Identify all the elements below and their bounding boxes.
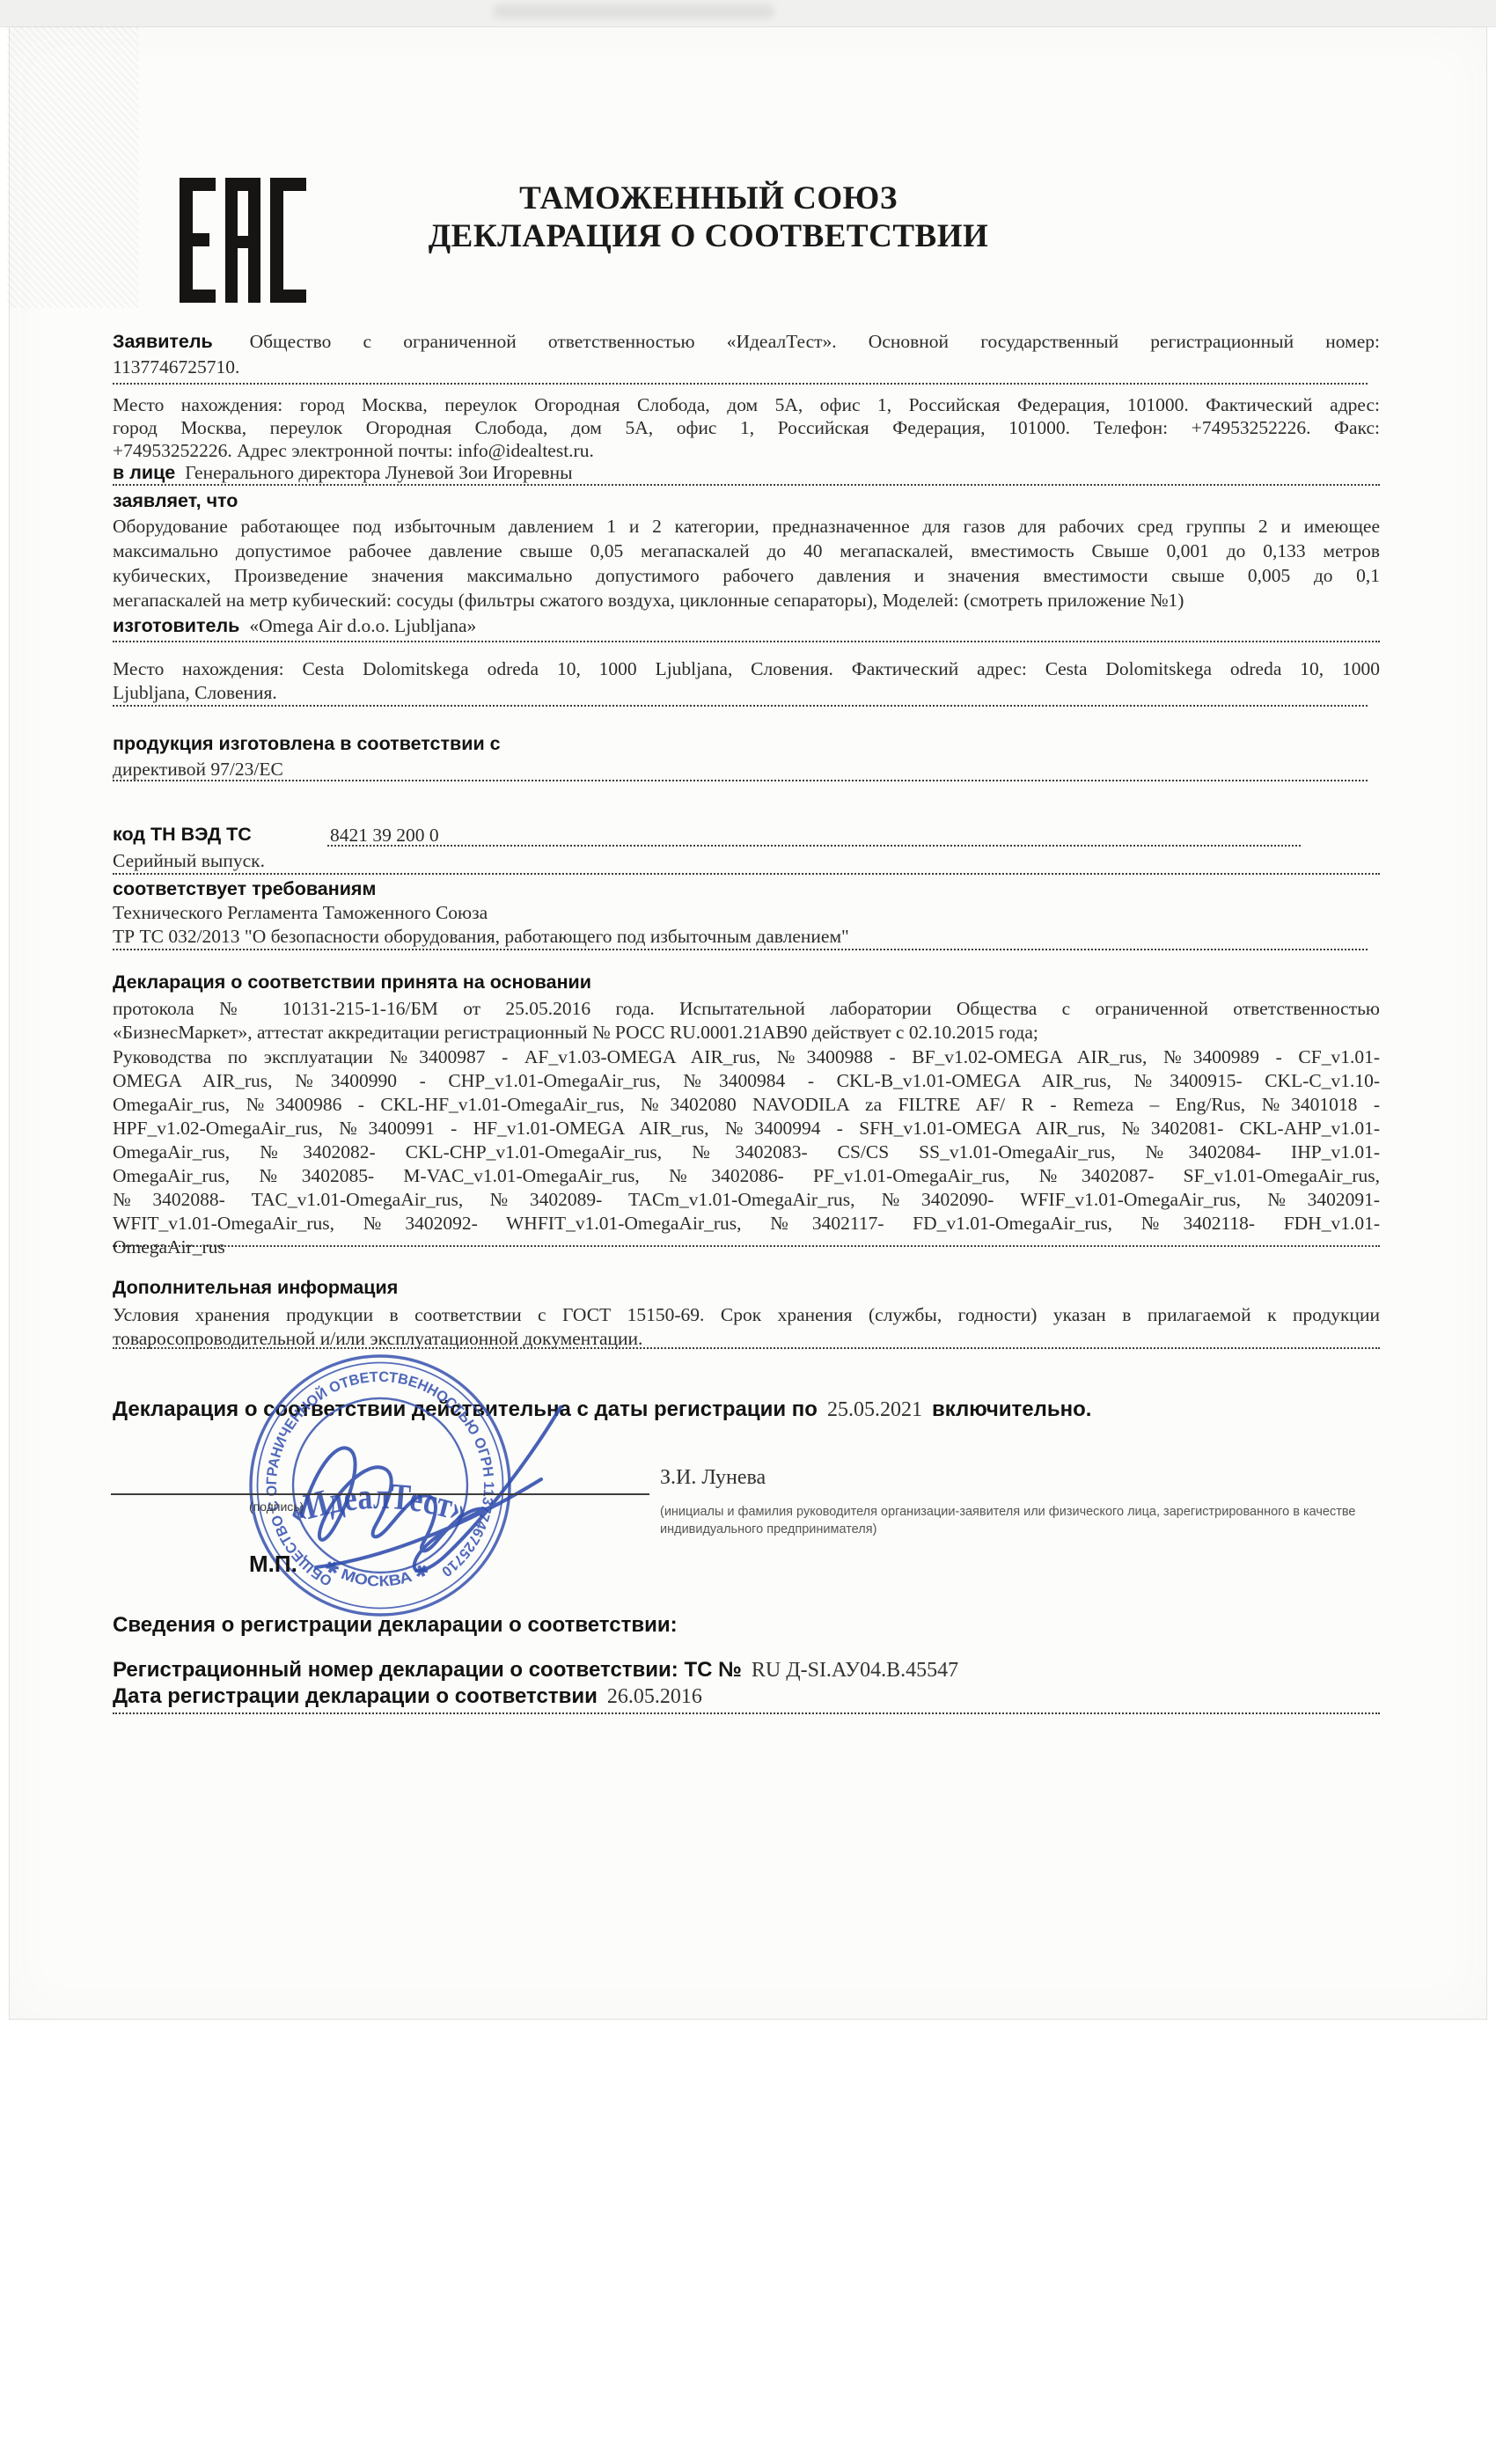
protocol-lines: протокола № 10131-215-1-16/БМ от 25.05.2… bbox=[113, 997, 1380, 1045]
dotted-rule bbox=[113, 873, 1380, 875]
tn-ved-line: код ТН ВЭД ТС 8421 39 200 0 bbox=[113, 824, 1380, 846]
registration-header: Сведения о регистрации декларации о соот… bbox=[113, 1613, 678, 1638]
document-title: ТАМОЖЕННЫЙ СОЮЗ ДЕКЛАРАЦИЯ О СООТВЕТСТВИ… bbox=[352, 180, 1065, 255]
text-line: Оборудование работающее под избыточным д… bbox=[113, 514, 1380, 539]
applicant-label: Заявитель bbox=[113, 331, 213, 352]
text-line: Технического Регламента Таможенного Союз… bbox=[113, 901, 1380, 925]
additional-info-lines: Условия хранения продукции в соответстви… bbox=[113, 1303, 1380, 1351]
text-line: OmegaAir_rus, №3402085- M-VAC_v1.01-Omeg… bbox=[113, 1164, 1380, 1188]
title-line-1: ТАМОЖЕННЫЙ СОЮЗ bbox=[352, 180, 1065, 217]
text-line: +74953252226. Адрес электронной почты: i… bbox=[113, 439, 1380, 462]
text-line: OmegaAir_rus bbox=[113, 1236, 1380, 1259]
mp-mark: М.П. bbox=[249, 1551, 297, 1578]
registration-date-label: Дата регистрации декларации о соответств… bbox=[113, 1684, 598, 1708]
signature-line bbox=[111, 1493, 649, 1495]
text-line: мегапаскалей на метр кубический: сосуды … bbox=[113, 588, 1380, 612]
registration-date-line: Дата регистрации декларации о соответств… bbox=[113, 1684, 702, 1709]
manufacturer-value: «Omega Air d.o.o. Ljubljana» bbox=[249, 615, 476, 636]
text-line: OmegaAir_rus, №3400986 - CKL-HF_v1.01-Om… bbox=[113, 1093, 1380, 1117]
registration-number-line: Регистрационный номер декларации о соотв… bbox=[113, 1658, 958, 1683]
manufacturer-label: изготовитель bbox=[113, 615, 239, 636]
dotted-rule bbox=[113, 383, 1368, 385]
manufacturer-address: Место нахождения: Cesta Dolomitskega odr… bbox=[113, 657, 1380, 705]
dotted-rule bbox=[113, 949, 1368, 950]
text-line: Место нахождения: город Москва, переулок… bbox=[113, 393, 1380, 416]
scan-noise bbox=[7, 26, 139, 308]
dotted-rule bbox=[113, 1347, 1380, 1349]
in-person-label: в лице bbox=[113, 462, 175, 483]
manuals-list: Руководства по эксплуатации №3400987 - A… bbox=[113, 1045, 1380, 1259]
text-line: Условия хранения продукции в соответстви… bbox=[113, 1303, 1380, 1327]
applicant-name: Общество с ограниченной ответственностью… bbox=[250, 331, 1380, 352]
text-line: Место нахождения: Cesta Dolomitskega odr… bbox=[113, 657, 1380, 681]
dotted-rule bbox=[113, 484, 1380, 486]
text-line: HPF_v1.02-OmegaAir_rus, №3400991 - HF_v1… bbox=[113, 1117, 1380, 1140]
signature-caption: (подпись) bbox=[249, 1500, 304, 1514]
validity-suffix: включительно. bbox=[932, 1397, 1092, 1421]
dotted-rule bbox=[113, 705, 1368, 707]
additional-info-label: Дополнительная информация bbox=[113, 1277, 398, 1299]
validity-date: 25.05.2021 bbox=[827, 1398, 922, 1421]
basis-label: Декларация о соответствии принята на осн… bbox=[113, 972, 591, 994]
head-caption: (инициалы и фамилия руководителя организ… bbox=[660, 1503, 1390, 1538]
text-line: город Москва, переулок Огородная Слобода… bbox=[113, 416, 1380, 439]
text-line: OMEGA AIR_rus, №3400990 - CHP_v1.01-Omeg… bbox=[113, 1069, 1380, 1093]
text-line: №3402088- TAC_v1.01-OmegaAir_rus, №34020… bbox=[113, 1188, 1380, 1212]
text-line: Руководства по эксплуатации №3400987 - A… bbox=[113, 1045, 1380, 1069]
in-person-line: в лице Генерального директора Луневой Зо… bbox=[113, 461, 573, 484]
title-line-2: ДЕКЛАРАЦИЯ О СООТВЕТСТВИИ bbox=[352, 217, 1065, 255]
applicant-address: Место нахождения: город Москва, переулок… bbox=[113, 393, 1380, 462]
meets-requirements-label: соответствует требованиям bbox=[113, 878, 376, 900]
applicant-line: Заявитель Общество с ограниченной ответс… bbox=[113, 330, 1380, 353]
dotted-rule bbox=[113, 1245, 1380, 1247]
text-line: кубических, Произведение значения максим… bbox=[113, 563, 1380, 588]
in-person-value: Генерального директора Луневой Зои Игоре… bbox=[185, 462, 572, 483]
scanned-declaration-document: { "header": { "logo": "EAC", "title_line… bbox=[0, 0, 1496, 2464]
dotted-rule bbox=[113, 1712, 1380, 1714]
handwritten-signature bbox=[251, 1386, 603, 1588]
dotted-rule-short bbox=[327, 845, 1301, 847]
text-line: «БизнесМаркет», аттестат аккредитации ре… bbox=[113, 1021, 1380, 1045]
equipment-description: Оборудование работающее под избыточным д… bbox=[113, 514, 1380, 612]
registration-number-label: Регистрационный номер декларации о соотв… bbox=[113, 1658, 742, 1682]
text-line: протокола № 10131-215-1-16/БМ от 25.05.2… bbox=[113, 997, 1380, 1021]
text-line: WFIT_v1.01-OmegaAir_rus, №3402092- WHFIT… bbox=[113, 1212, 1380, 1236]
applicant-ogrn: 1137746725710. bbox=[113, 356, 239, 378]
text-line: Ljubljana, Словения. bbox=[113, 681, 1380, 705]
tn-ved-label: код ТН ВЭД ТС bbox=[113, 824, 252, 845]
text-line: OmegaAir_rus, №3402082- CKL-CHP_v1.01-Om… bbox=[113, 1140, 1380, 1164]
serial-issue: Серийный выпуск. bbox=[113, 849, 265, 872]
directive-value: директивой 97/23/ЕС bbox=[113, 758, 283, 781]
text-line: ТР ТС 032/2013 "О безопасности оборудова… bbox=[113, 925, 1380, 949]
dotted-rule bbox=[113, 641, 1380, 642]
made-in-accordance-label: продукция изготовлена в соответствии с bbox=[113, 733, 501, 755]
declares-label: заявляет, что bbox=[113, 490, 238, 512]
manufacturer-line: изготовитель «Omega Air d.o.o. Ljubljana… bbox=[113, 614, 476, 637]
eac-logo-icon bbox=[180, 178, 306, 303]
regulation-lines: Технического Регламента Таможенного Союз… bbox=[113, 901, 1380, 949]
registration-number-value: RU Д-SI.АУ04.В.45547 bbox=[752, 1659, 958, 1682]
registration-date-value: 26.05.2016 bbox=[607, 1685, 702, 1708]
text-line: максимально допустимое рабочее давление … bbox=[113, 539, 1380, 563]
dotted-rule bbox=[113, 780, 1368, 781]
scan-artifact-smudge bbox=[493, 4, 774, 18]
tn-ved-code: 8421 39 200 0 bbox=[330, 824, 439, 847]
head-name: З.И. Лунева bbox=[660, 1466, 766, 1490]
